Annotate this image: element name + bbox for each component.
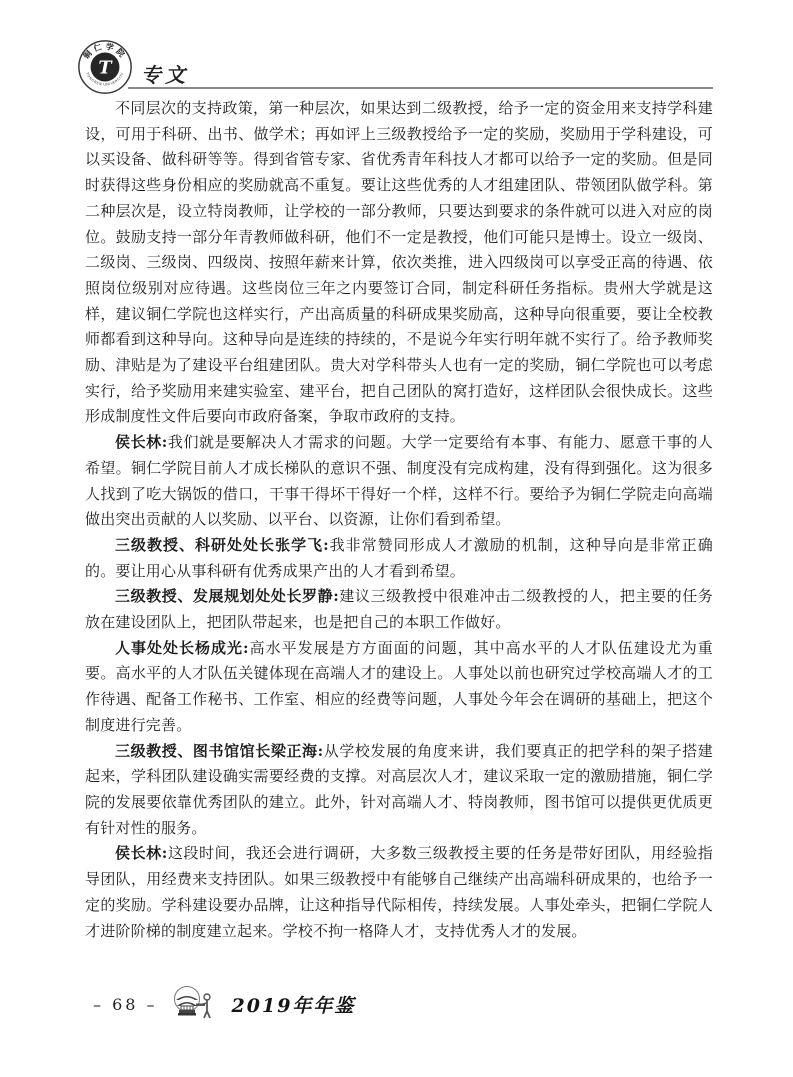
university-seal-svg: 铜仁学院 T TONGREN UNIVERSITY	[76, 39, 134, 95]
paragraph-1: 不同层次的支持政策，第一种层次，如果达到二级教授，给予一定的资金用来支持学科建设…	[85, 96, 713, 430]
university-seal-icon: 铜仁学院 T TONGREN UNIVERSITY	[76, 39, 134, 95]
yearbook-label: 2019年年鉴	[232, 991, 356, 1018]
yearbook-pagoda-icon	[172, 984, 218, 1024]
speaker-name: 三级教授、科研处处长张学飞:	[115, 536, 329, 554]
page-number: – 68 –	[93, 995, 158, 1014]
speaker-name: 侯长林:	[115, 844, 168, 862]
header-divider	[128, 87, 713, 89]
paragraph-7: 侯长林:这段时间，我还会进行调研，大多数三级教授主要的任务是带好团队，用经验指导…	[85, 841, 713, 944]
section-label: 专文	[141, 59, 189, 88]
speaker-name: 人事处处长杨成光:	[115, 639, 249, 657]
svg-text:T: T	[98, 58, 113, 79]
paragraph-2: 侯长林:我们就是要解决人才需求的问题。大学一定要给有本事、有能力、愿意干事的人希…	[85, 430, 713, 533]
paragraph-6: 三级教授、图书馆馆长梁正海:从学校发展的角度来讲，我们要真正的把学科的架子搭建起…	[85, 739, 713, 842]
paragraph-3: 三级教授、科研处处长张学飞:我非常赞同形成人才激励的机制，这种导向是非常正确的。…	[85, 533, 713, 584]
speaker-name: 侯长林:	[115, 433, 168, 451]
speaker-name: 三级教授、发展规划处处长罗静:	[115, 587, 339, 605]
speaker-name: 三级教授、图书馆馆长梁正海:	[115, 742, 323, 760]
paragraph-4: 三级教授、发展规划处处长罗静:建议三级教授中很难冲击二级教授的人，把主要的任务放…	[85, 584, 713, 635]
article-body: 不同层次的支持政策，第一种层次，如果达到二级教授，给予一定的资金用来支持学科建设…	[85, 96, 713, 944]
document-page: 铜仁学院 T TONGREN UNIVERSITY 专文 不同层次的支持政策，第…	[0, 0, 793, 1077]
paragraph-5: 人事处处长杨成光:高水平发展是方方面面的问题，其中高水平的人才队伍建设尤为重要。…	[85, 636, 713, 739]
page-footer: – 68 – 201	[93, 984, 355, 1024]
